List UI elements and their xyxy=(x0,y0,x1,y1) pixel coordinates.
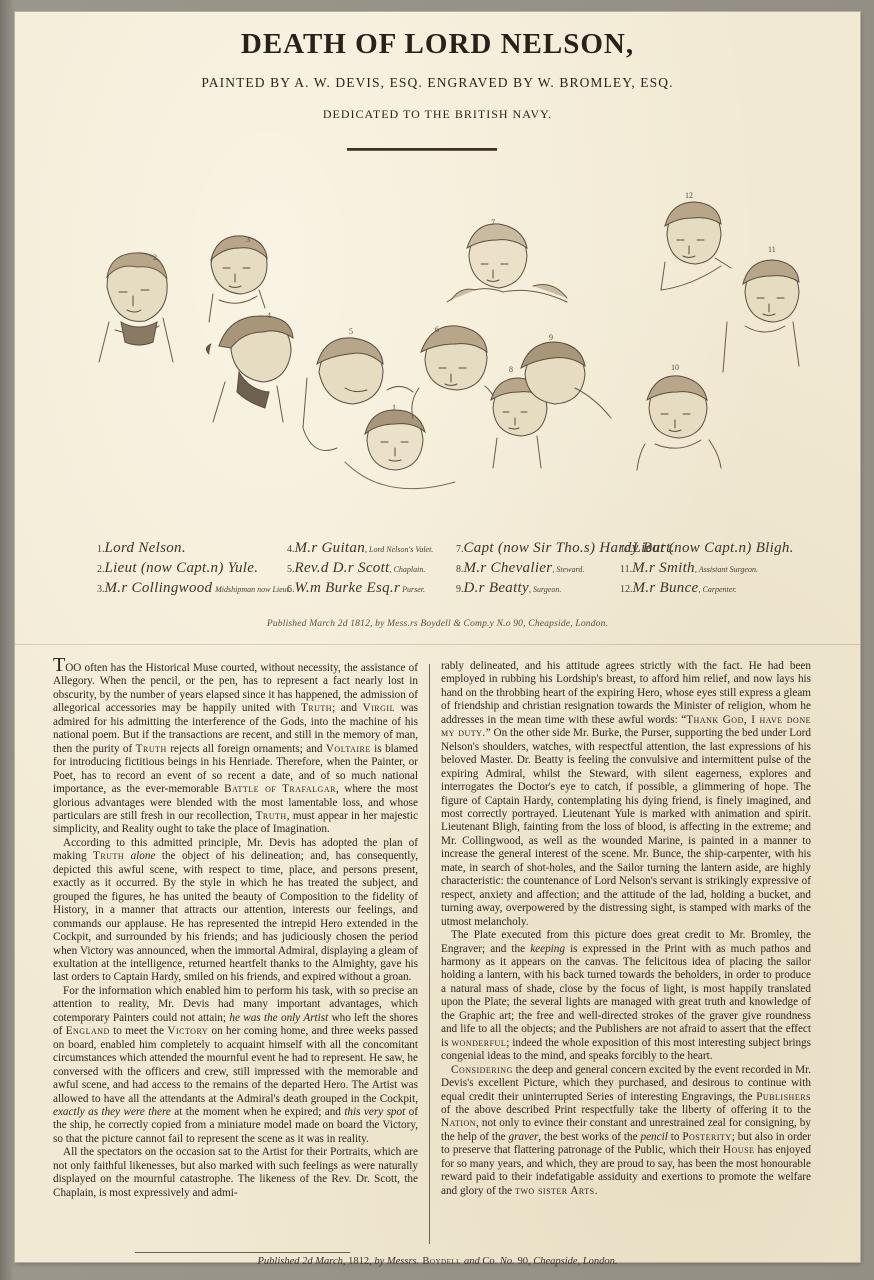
plate-mark xyxy=(15,644,860,645)
portrait-10: 10 xyxy=(637,363,721,470)
footer-rule xyxy=(135,1252,350,1253)
key-item-10: 10.Lieut (now Capt.n) Bligh. xyxy=(620,540,794,560)
key-column-2: 4.M.r Guitan, Lord Nelson's Valet. 5.Rev… xyxy=(287,540,433,600)
document-title: DEATH OF LORD NELSON, xyxy=(15,28,860,61)
portrait-6: 6 xyxy=(412,325,499,420)
key-item-12: 12.M.r Bunce, Carpenter. xyxy=(620,580,794,600)
key-item-11: 11.M.r Smith, Assistant Surgeon. xyxy=(620,560,794,580)
key-column-4: 10.Lieut (now Capt.n) Bligh. 11.M.r Smit… xyxy=(620,540,794,600)
svg-text:6: 6 xyxy=(435,325,439,334)
paragraph: For the information which enabled him to… xyxy=(53,985,418,1146)
svg-text:4: 4 xyxy=(267,311,271,320)
paragraph: The Plate executed from this picture doe… xyxy=(441,929,811,1064)
key-item-2: 2.Lieut (now Capt.n) Yule. xyxy=(97,560,291,580)
portrait-3: 3 xyxy=(209,235,267,322)
svg-text:7: 7 xyxy=(491,218,495,227)
print-sheet: DEATH OF LORD NELSON, PAINTED BY A. W. D… xyxy=(15,12,860,1262)
dedication-line: DEDICATED TO THE BRITISH NAVY. xyxy=(15,107,860,122)
paragraph: According to this admitted principle, Mr… xyxy=(53,837,418,985)
svg-text:11: 11 xyxy=(768,245,776,254)
title-rule xyxy=(347,148,497,151)
portrait-12: 12 xyxy=(661,191,731,290)
key-column-1: 1.Lord Nelson. 2.Lieut (now Capt.n) Yule… xyxy=(97,540,291,600)
paragraph: Considering the deep and general concern… xyxy=(441,1064,811,1199)
portrait-4: 4 xyxy=(206,311,293,422)
key-item-5: 5.Rev.d D.r Scott, Chaplain. xyxy=(287,560,433,580)
svg-text:8: 8 xyxy=(509,365,513,374)
svg-text:5: 5 xyxy=(349,327,353,336)
portrait-1-nelson: 1 xyxy=(345,403,455,489)
portrait-11: 11 xyxy=(723,245,799,372)
key-item-3: 3.M.r Collingwood Midshipman now Lieut. xyxy=(97,580,291,600)
portrait-7: 7 xyxy=(447,218,567,302)
svg-text:9: 9 xyxy=(549,333,553,342)
svg-text:2: 2 xyxy=(153,253,157,262)
paragraph: All the spectators on the occasion sat t… xyxy=(53,1146,418,1200)
text-column-left: TOO often has the Historical Muse courte… xyxy=(53,660,418,1200)
svg-text:1: 1 xyxy=(392,403,396,412)
key-item-4: 4.M.r Guitan, Lord Nelson's Valet. xyxy=(287,540,433,560)
plate-imprint: Published March 2d 1812, by Mess.rs Boyd… xyxy=(15,619,860,629)
drop-cap: T xyxy=(53,654,65,676)
key-item-1: 1.Lord Nelson. xyxy=(97,540,291,560)
document-subtitle: PAINTED BY A. W. DEVIS, ESQ. ENGRAVED BY… xyxy=(15,75,860,91)
paragraph: TOO often has the Historical Muse courte… xyxy=(53,660,418,837)
publisher-imprint: Published 2d March, 1812, by Messrs. Boy… xyxy=(15,1256,860,1267)
column-divider xyxy=(429,664,430,1244)
text-column-right: rably delineated, and his attitude agree… xyxy=(441,660,811,1198)
key-item-6: 6.W.m Burke Esq.r Purser. xyxy=(287,580,433,600)
paragraph: rably delineated, and his attitude agree… xyxy=(441,660,811,929)
svg-text:3: 3 xyxy=(246,235,250,244)
portrait-plate: 2 3 4 xyxy=(15,182,860,522)
portrait-key: 1.Lord Nelson. 2.Lieut (now Capt.n) Yule… xyxy=(15,540,860,610)
engraved-heads-illustration: 2 3 4 xyxy=(15,182,860,522)
svg-text:12: 12 xyxy=(685,191,693,200)
portrait-2: 2 xyxy=(99,253,173,362)
svg-text:10: 10 xyxy=(671,363,679,372)
